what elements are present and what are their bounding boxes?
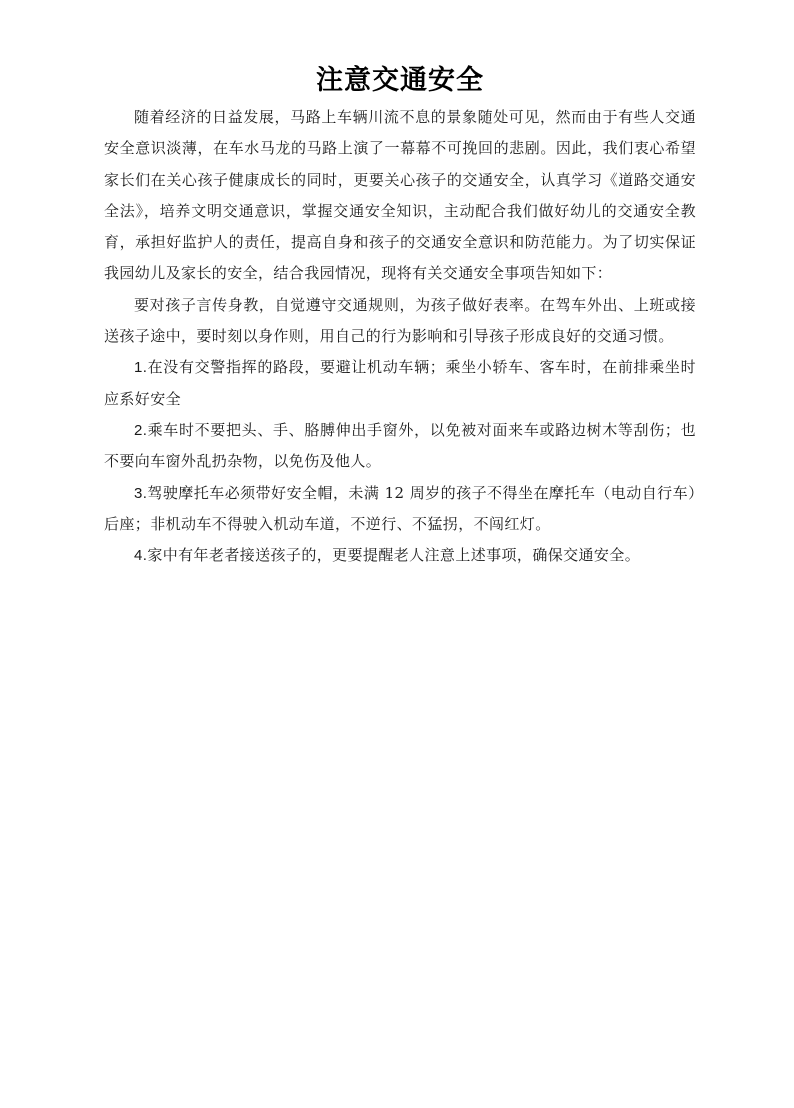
list-number: 3. xyxy=(134,485,147,502)
list-item-2: 2.乘车时不要把头、手、胳膊伸出手窗外，以免被对面来车或路边树木等刮伤；也不要向… xyxy=(104,415,696,478)
list-number: 1. xyxy=(134,359,147,376)
list-number: 2. xyxy=(134,422,147,439)
intro-paragraph: 随着经济的日益发展，马路上车辆川流不息的景象随处可见，然而由于有些人交通安全意识… xyxy=(104,102,696,290)
list-text: 驾驶摩托车必须带好安全帽，未满 12 周岁的孩子不得坐在摩托车（电动自行车）后座… xyxy=(104,484,696,533)
list-text: 在没有交警指挥的路段，要避让机动车辆；乘坐小轿车、客车时，在前排乘坐时应系好安全 xyxy=(104,358,696,407)
list-text: 乘车时不要把头、手、胳膊伸出手窗外，以免被对面来车或路边树木等刮伤；也不要向车窗… xyxy=(104,421,696,470)
list-item-1: 1.在没有交警指挥的路段，要避让机动车辆；乘坐小轿车、客车时，在前排乘坐时应系好… xyxy=(104,352,696,415)
guidance-paragraph: 要对孩子言传身教，自觉遵守交通规则，为孩子做好表率。在驾车外出、上班或接送孩子途… xyxy=(104,290,696,353)
list-item-4: 4.家中有年老者接送孩子的，更要提醒老人注意上述事项，确保交通安全。 xyxy=(104,540,696,571)
document-title: 注意交通安全 xyxy=(104,62,696,100)
list-number: 4. xyxy=(134,547,147,564)
list-text: 家中有年老者接送孩子的，更要提醒老人注意上述事项，确保交通安全。 xyxy=(147,546,640,564)
list-item-3: 3.驾驶摩托车必须带好安全帽，未满 12 周岁的孩子不得坐在摩托车（电动自行车）… xyxy=(104,478,696,541)
document-page: 注意交通安全 随着经济的日益发展，马路上车辆川流不息的景象随处可见，然而由于有些… xyxy=(104,62,696,571)
